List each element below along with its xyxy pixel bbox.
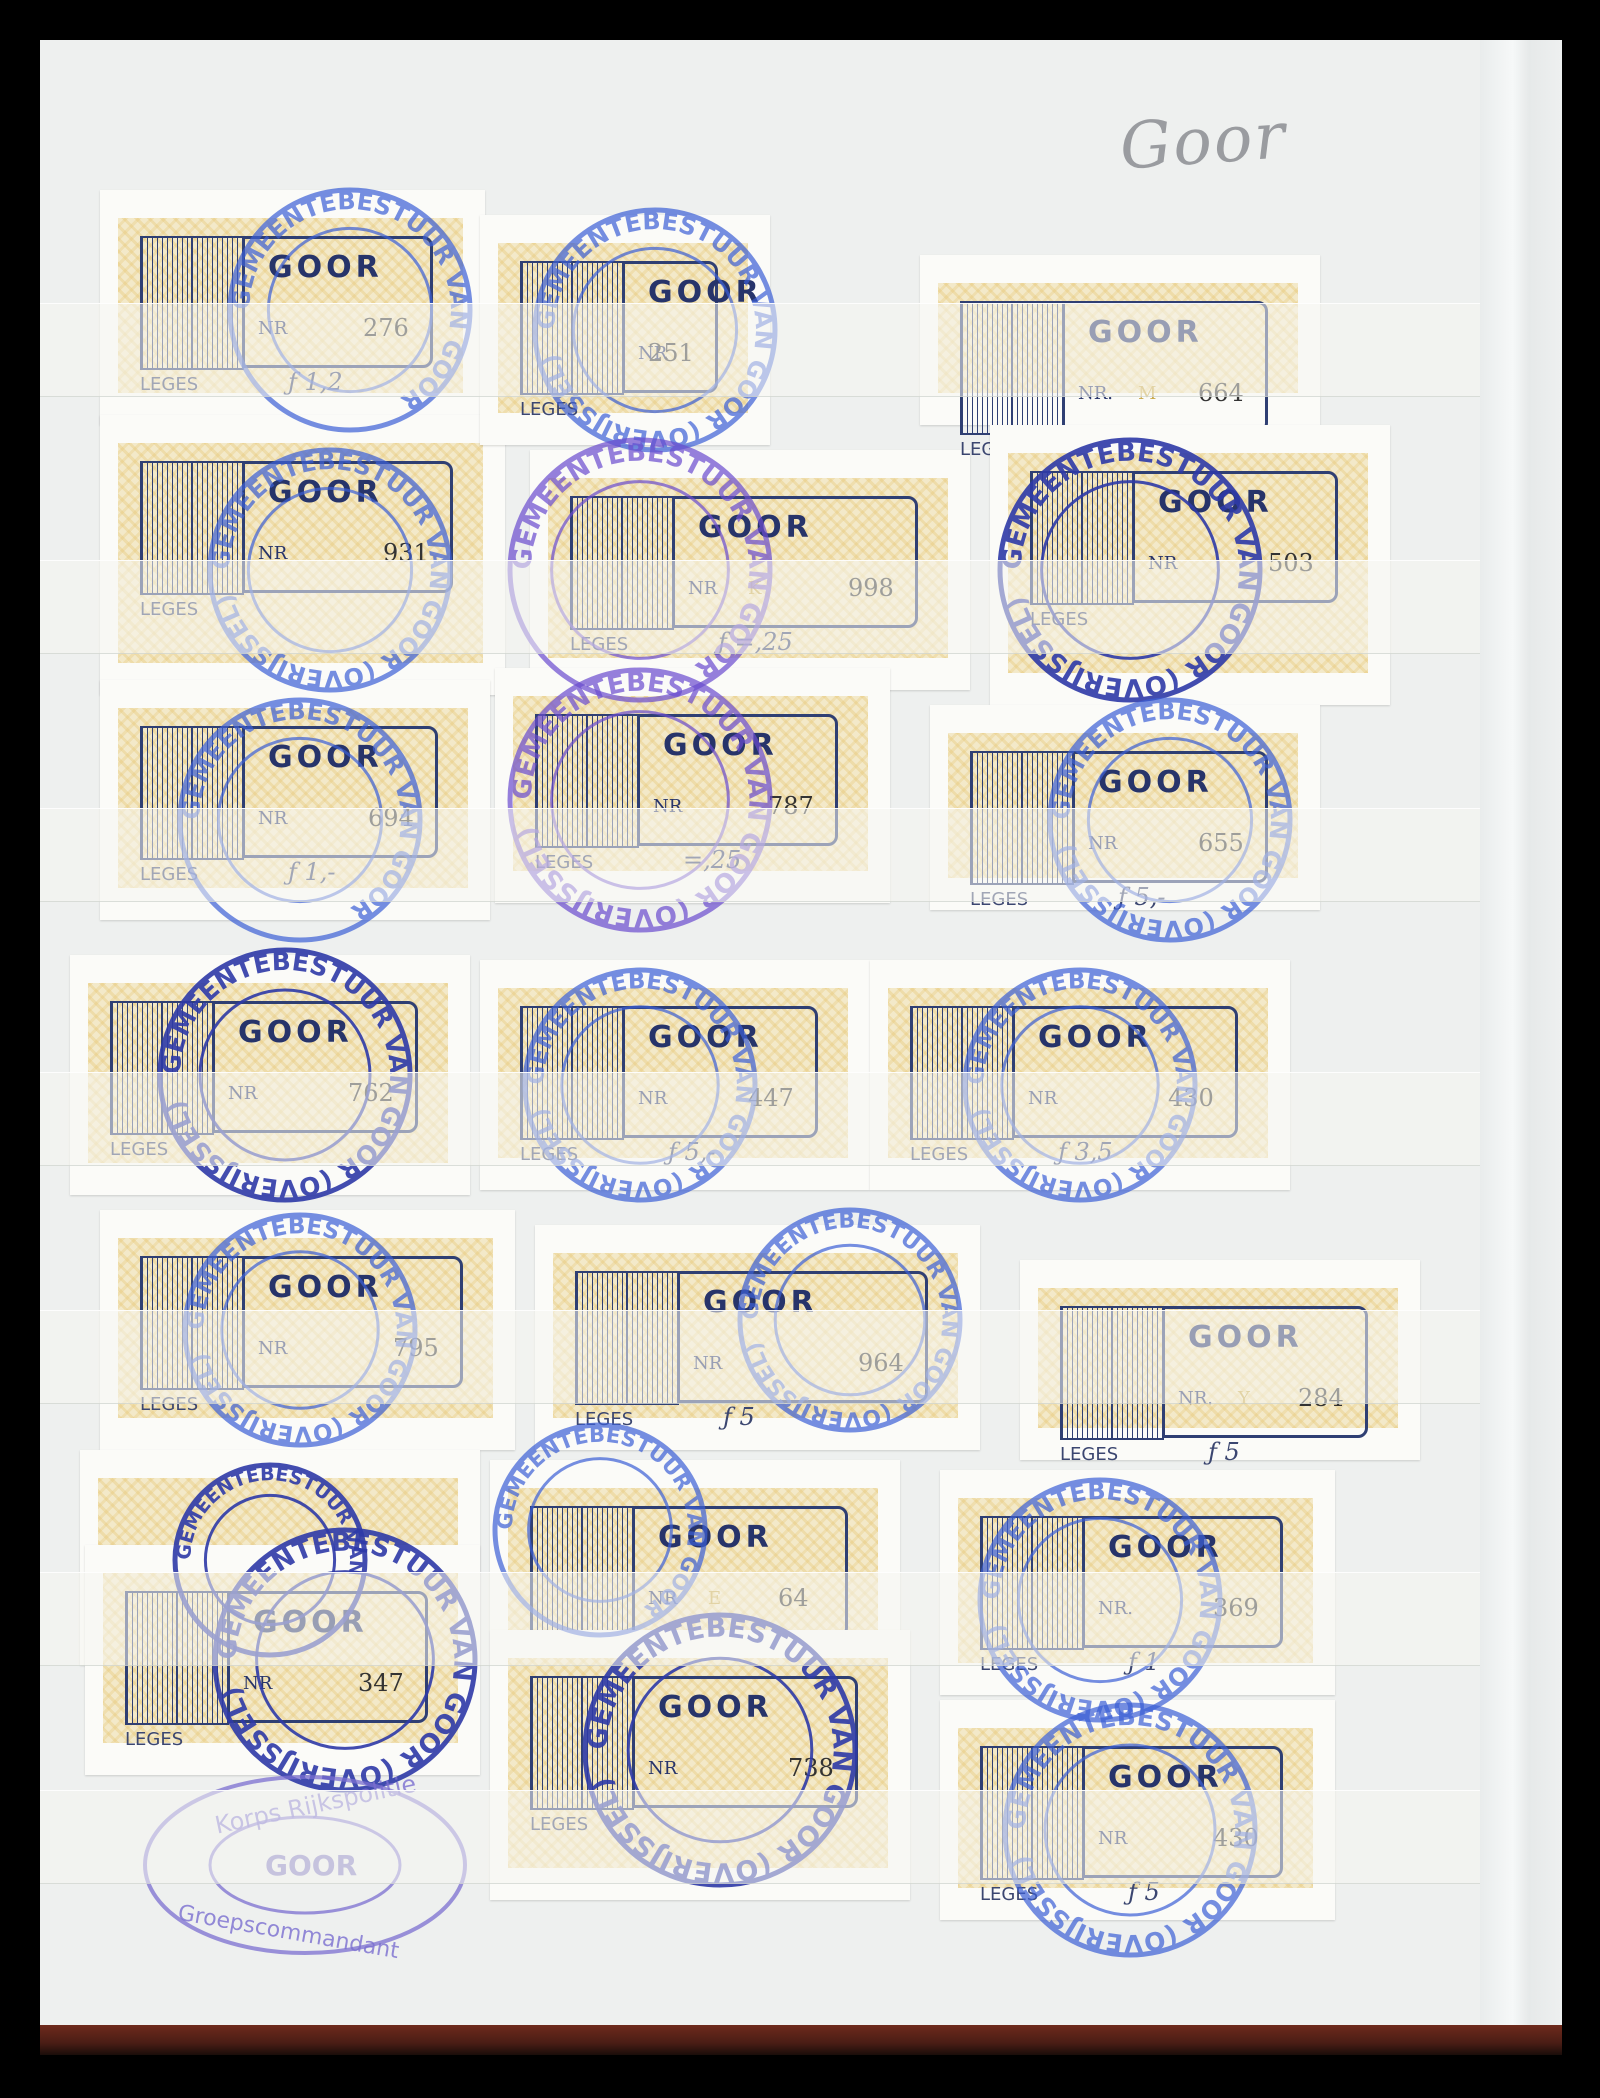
- stamp-nr-label: NR: [258, 543, 287, 564]
- coat-of-arms-icon: [110, 1001, 214, 1135]
- stamp-town: GOOR: [703, 1285, 818, 1320]
- stamp-leges-label: LEGES: [570, 634, 628, 655]
- revenue-stamp: GOORNR694LEGESƒ 1,-: [118, 708, 468, 888]
- stamp-nr-label: NR.: [1098, 1598, 1133, 1619]
- stamp-nr-label: NR: [228, 1083, 257, 1104]
- stamp-number: 64: [778, 1584, 809, 1612]
- stamp-town: GOOR: [1158, 485, 1273, 520]
- coat-of-arms-icon: [910, 1006, 1014, 1140]
- stamp-leges-label: LEGES: [125, 1729, 183, 1750]
- stamp-fee: ƒ 1,-: [288, 858, 336, 886]
- police-cancel-center: GOOR: [265, 1849, 357, 1882]
- revenue-stamp: GOORNRE64LEGESƒ 5: [508, 1488, 878, 1633]
- stamp-town: GOOR: [1188, 1320, 1303, 1355]
- stamp-leges-label: LEGES: [140, 599, 198, 620]
- stamp-number: 787: [768, 792, 814, 820]
- police-cancel-top: Korps Rijkspolitie: [212, 1770, 418, 1840]
- album-binding: [40, 2025, 1562, 2055]
- stamp-fee: ƒ 5: [723, 1403, 755, 1431]
- stamp-paper: GOORNR964LEGESƒ 5: [535, 1225, 980, 1450]
- coat-of-arms-icon: [140, 236, 244, 370]
- coat-of-arms-icon: [570, 496, 674, 630]
- coat-of-arms-icon: [960, 301, 1064, 435]
- stamp-town: GOOR: [658, 1690, 773, 1725]
- stamp-town: GOOR: [268, 740, 383, 775]
- revenue-stamp: GOORNR655LEGESƒ 5,-: [948, 733, 1298, 878]
- stamp-nr-label: NR: [648, 1758, 677, 1779]
- stamp-number: 284: [1298, 1384, 1344, 1412]
- stamp-town: GOOR: [253, 1605, 368, 1640]
- stamp-nr-label: NR: [258, 1338, 287, 1359]
- stamp-nr-label: NR.: [1178, 1388, 1213, 1409]
- revenue-stamp: GOORNR964LEGESƒ 5: [553, 1253, 958, 1418]
- coat-of-arms-icon: [575, 1271, 679, 1405]
- coat-of-arms-icon: [1060, 1306, 1164, 1440]
- coat-of-arms-icon: [140, 1256, 244, 1390]
- stamp-number: 447: [748, 1084, 794, 1112]
- revenue-stamp: GOORNR503LEGES: [1008, 453, 1368, 673]
- stamp-fee: ƒ 1: [1128, 1648, 1160, 1676]
- revenue-stamp: GOORNR795LEGES: [118, 1238, 493, 1418]
- stamp-town: GOOR: [268, 475, 383, 510]
- stamp-paper: GOORNR762LEGES: [70, 955, 470, 1195]
- revenue-stamp: GOORNR.M664LEGESƒ =,25: [938, 283, 1298, 393]
- revenue-stamp: GOORNR931LEGES: [118, 443, 483, 663]
- stamp-nr-label: NR: [1088, 833, 1117, 854]
- stamp-leges-label: LEGES: [980, 1884, 1038, 1905]
- stamp-paper: GOORNR694LEGESƒ 1,-: [100, 680, 490, 920]
- stamp-number: 369: [1213, 1594, 1259, 1622]
- stamp-leges-label: LEGES: [575, 1409, 633, 1430]
- stamp-paper: GOORNR503LEGES: [990, 425, 1390, 705]
- revenue-stamp: GOORNR251LEGES: [498, 243, 748, 413]
- stamp-paper: GOORNR447LEGESƒ 5,-: [480, 960, 870, 1190]
- stamp-town: GOOR: [648, 1020, 763, 1055]
- stamp-town: GOOR: [663, 728, 778, 763]
- stamp-number: 694: [368, 804, 414, 832]
- stamp-paper: GOORNR738LEGES: [490, 1630, 910, 1900]
- stamp-nr-label: NR: [653, 796, 682, 817]
- stamp-number: 276: [363, 314, 409, 342]
- stamp-number: 795: [393, 1334, 439, 1362]
- stamp-leges-label: LEGES: [1030, 609, 1088, 630]
- stamp-paper: GOORNR347LEGES: [85, 1545, 480, 1775]
- stamp-number: 655: [1198, 829, 1244, 857]
- revenue-stamp: GOORNRK998LEGESƒ =,25: [548, 478, 948, 658]
- stamp-fee: ƒ 5: [1208, 1438, 1240, 1466]
- stamp-paper: GOORNR.Y284LEGESƒ 5: [1020, 1260, 1420, 1460]
- revenue-stamp: GOORNR.369LEGESƒ 1: [958, 1498, 1313, 1663]
- stamp-fee: ƒ 3,5: [1058, 1138, 1113, 1166]
- stamp-leges-label: LEGES: [110, 1139, 168, 1160]
- stamp-leges-label: LEGES: [140, 1394, 198, 1415]
- stamp-leges-label: LEGES: [140, 374, 198, 395]
- stamp-town: GOOR: [238, 1015, 353, 1050]
- stamp-leges-label: LEGES: [980, 1654, 1038, 1675]
- album-spine: [1480, 40, 1562, 2030]
- stamp-town: GOOR: [268, 250, 383, 285]
- stamp-paper: GOORNR251LEGES: [480, 215, 770, 445]
- stamp-series-letter: E: [708, 1588, 721, 1609]
- stamp-series-letter: M: [1138, 383, 1156, 404]
- stamp-nr-label: NR: [648, 1588, 677, 1609]
- stamp-nr-label: NR: [638, 1088, 667, 1109]
- stamp-number: 430: [1168, 1084, 1214, 1112]
- stamp-paper: GOORNR430LEGESƒ 3,5: [870, 960, 1290, 1190]
- stamp-series-letter: K: [748, 578, 761, 599]
- stamp-town: GOOR: [698, 510, 813, 545]
- stamp-series-letter: Y: [1238, 1388, 1250, 1409]
- stamp-nr-label: NR: [688, 578, 717, 599]
- stamp-number: 347: [358, 1669, 404, 1697]
- stamp-number: 762: [348, 1079, 394, 1107]
- stamp-paper: GOORNR.369LEGESƒ 1: [940, 1470, 1335, 1695]
- police-cancel: Korps Rijkspolitie GOOR Groepscommandant: [135, 1770, 475, 1960]
- revenue-stamp: GOORNR787LEGES=,25: [513, 696, 868, 871]
- stamp-paper: GOORNR430LEGESƒ 5: [940, 1700, 1335, 1920]
- stamp-town: GOOR: [1108, 1530, 1223, 1565]
- stamp-paper: GOORNR795LEGES: [100, 1210, 515, 1450]
- revenue-stamp: GOORNR276LEGESƒ 1,2: [118, 218, 463, 393]
- stamp-leges-label: LEGES: [1060, 1444, 1118, 1465]
- handwritten-note: Goor: [1118, 99, 1290, 184]
- coat-of-arms-icon: [1030, 471, 1134, 605]
- stamp-number: 738: [788, 1754, 834, 1782]
- stamp-paper: GOORNR276LEGESƒ 1,2: [100, 190, 485, 425]
- stamp-leges-label: LEGES: [910, 1144, 968, 1165]
- stamp-number: 931: [383, 539, 429, 567]
- stamp-number: 998: [848, 574, 894, 602]
- stamp-fee: =,25: [683, 846, 741, 874]
- stamp-number: 664: [1198, 379, 1244, 407]
- stamp-leges-label: LEGES: [535, 852, 593, 873]
- stamp-number: 251: [648, 339, 694, 367]
- revenue-stamp: GOORNR447LEGESƒ 5,-: [498, 988, 848, 1158]
- stamp-nr-label: NR: [258, 808, 287, 829]
- coat-of-arms-icon: [125, 1591, 229, 1725]
- coat-of-arms-icon: [140, 461, 244, 595]
- stamp-fee: ƒ 1,2: [288, 368, 343, 396]
- stamp-fee: ƒ 5,-: [1118, 883, 1166, 911]
- stamp-town: GOOR: [1098, 765, 1213, 800]
- stamp-leges-label: LEGES: [520, 399, 578, 420]
- stamp-nr-label: NR: [1098, 1828, 1127, 1849]
- stamp-town: GOOR: [648, 275, 763, 310]
- stamp-leges-label: LEGES: [140, 864, 198, 885]
- stamp-paper: GOORNRK998LEGESƒ =,25: [530, 450, 970, 690]
- stamp-town: GOOR: [268, 1270, 383, 1305]
- stamp-town: GOOR: [1108, 1760, 1223, 1795]
- stamp-leges-label: LEGES: [530, 1814, 588, 1835]
- stamp-nr-label: NR.: [1078, 383, 1113, 404]
- coat-of-arms-icon: [970, 751, 1074, 885]
- revenue-stamp: GOORNR430LEGESƒ 5: [958, 1728, 1313, 1888]
- stamp-number: 430: [1213, 1824, 1259, 1852]
- stamp-paper: GOORNR655LEGESƒ 5,-: [930, 705, 1320, 910]
- coat-of-arms-icon: [530, 1506, 634, 1640]
- stamp-paper: GOORNR.M664LEGESƒ =,25: [920, 255, 1320, 425]
- revenue-stamp: GOORNR347LEGES: [103, 1573, 458, 1743]
- stamp-town: GOOR: [1038, 1020, 1153, 1055]
- stamp-paper: GOORNR931LEGES: [100, 415, 505, 695]
- coat-of-arms-icon: [520, 1006, 624, 1140]
- stamp-nr-label: NR: [258, 318, 287, 339]
- coat-of-arms-icon: [140, 726, 244, 860]
- stamp-number: 964: [858, 1349, 904, 1377]
- revenue-stamp: GOORNR430LEGESƒ 3,5: [888, 988, 1268, 1158]
- coat-of-arms-icon: [980, 1746, 1084, 1880]
- coat-of-arms-icon: [530, 1676, 634, 1810]
- revenue-stamp: GOORNR738LEGES: [508, 1658, 888, 1868]
- stamp-nr-label: NR: [693, 1353, 722, 1374]
- stamp-nr-label: NR: [243, 1673, 272, 1694]
- stamp-town: GOOR: [658, 1520, 773, 1555]
- coat-of-arms-icon: [535, 714, 639, 848]
- coat-of-arms-icon: [520, 261, 624, 395]
- stamp-fee: ƒ 5,-: [668, 1138, 716, 1166]
- stamp-fee: ƒ 5: [1128, 1878, 1160, 1906]
- stamp-paper: GOORNR787LEGES=,25: [495, 668, 890, 903]
- stamp-town: GOOR: [1088, 315, 1203, 350]
- revenue-stamp: GOORNR762LEGES: [88, 983, 448, 1163]
- stamp-nr-label: NR: [1028, 1088, 1057, 1109]
- stamp-nr-label: NR: [1148, 553, 1177, 574]
- stamp-number: 503: [1268, 549, 1314, 577]
- stamp-leges-label: LEGES: [970, 889, 1028, 910]
- stamp-fee: ƒ =,25: [718, 628, 793, 656]
- stamp-leges-label: LEGES: [520, 1144, 578, 1165]
- revenue-stamp: GOORNR.Y284LEGESƒ 5: [1038, 1288, 1398, 1428]
- coat-of-arms-icon: [980, 1516, 1084, 1650]
